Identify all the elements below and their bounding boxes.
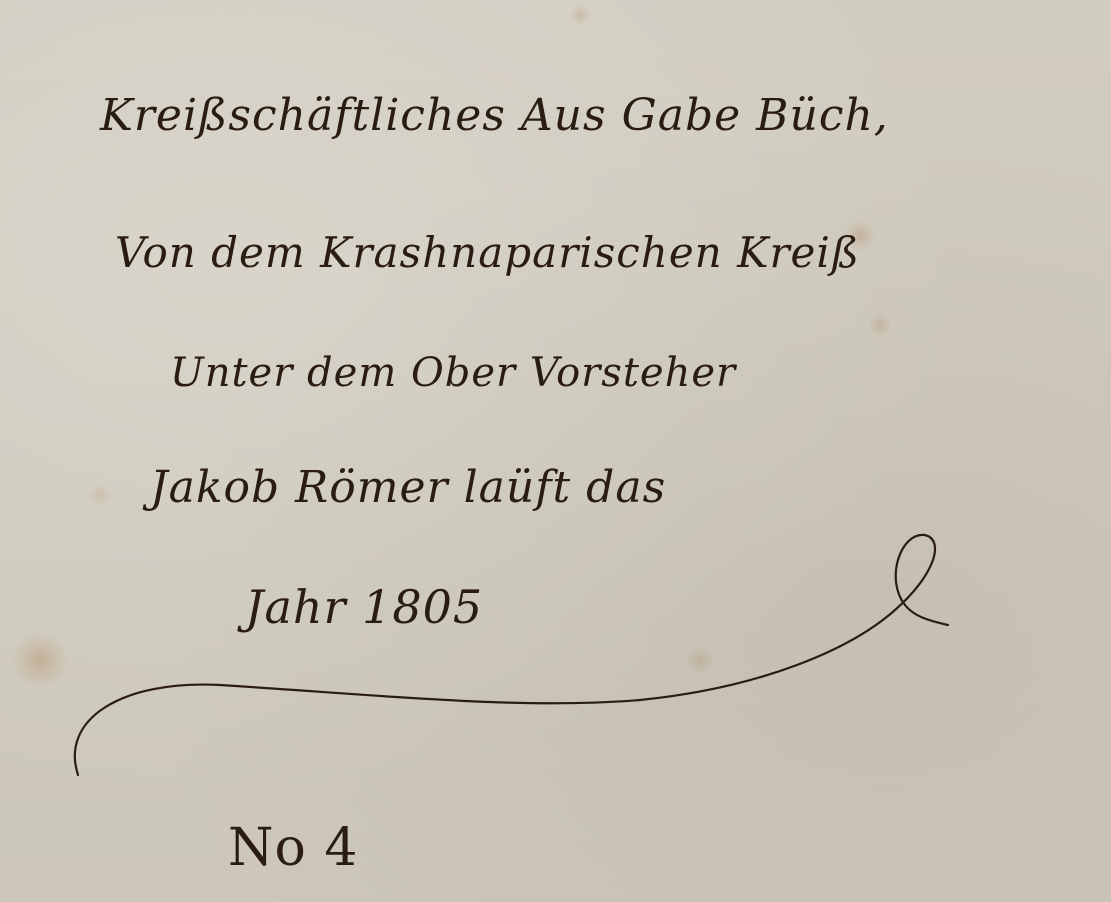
volume-number: No 4 [228, 818, 358, 878]
decorative-flourish [0, 0, 1111, 902]
